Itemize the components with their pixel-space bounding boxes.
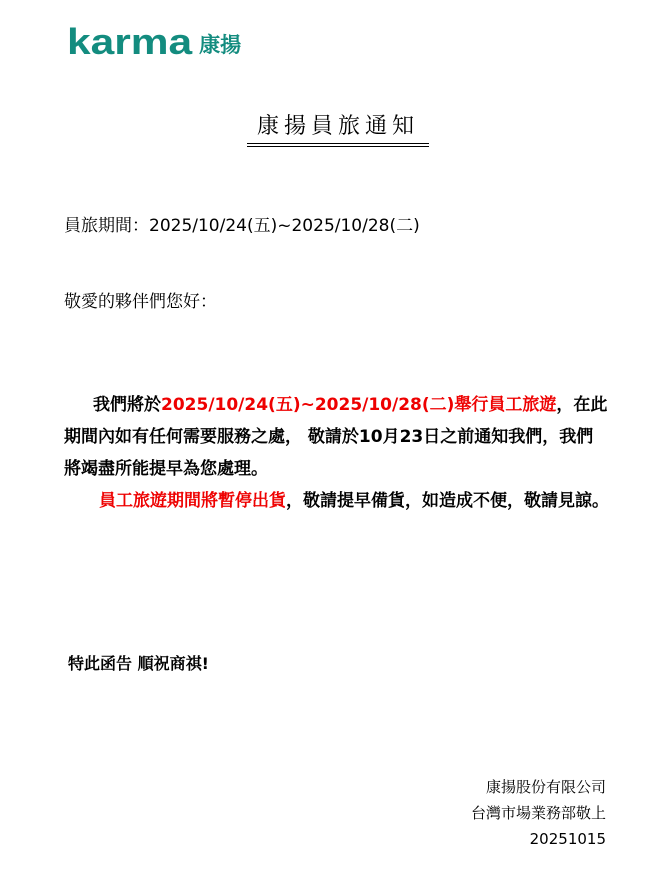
- logo-cjk-name: 康揚: [199, 32, 241, 58]
- notice-title: 康揚員旅通知: [247, 114, 429, 147]
- travel-period: 員旅期間：2025/10/24(五)~2025/10/28(二): [64, 216, 420, 236]
- paragraph-2-highlight: 員工旅遊期間將暫停出貨: [99, 491, 286, 511]
- paragraph-1-highlight: 2025/10/24(五)~2025/10/28(二)舉行員工旅遊: [161, 395, 556, 415]
- company-logo: karma 康揚: [67, 24, 241, 60]
- notice-paragraph-1: 我們將於2025/10/24(五)~2025/10/28(二)舉行員工旅遊，在此…: [64, 389, 609, 485]
- paragraph-2-suffix: ，敬請提早備貨，如造成不便，敬請見諒。: [286, 491, 609, 511]
- paragraph-1-prefix: 我們將於: [93, 395, 161, 415]
- notice-paragraph-2: 員工旅遊期間將暫停出貨，敬請提早備貨，如造成不便，敬請見諒。: [64, 485, 609, 517]
- travel-period-value: 2025/10/24(五)~2025/10/28(二): [149, 216, 420, 236]
- travel-period-label: 員旅期間：: [64, 216, 149, 236]
- signature-department: 台灣市場業務部敬上: [471, 804, 606, 822]
- greeting: 敬愛的夥伴們您好：: [64, 292, 217, 312]
- logo-wordmark: karma: [67, 24, 192, 60]
- closing-salutation: 特此函告 順祝商祺!: [68, 654, 209, 674]
- signature-date: 20251015: [530, 830, 606, 848]
- signature-company: 康揚股份有限公司: [486, 778, 606, 796]
